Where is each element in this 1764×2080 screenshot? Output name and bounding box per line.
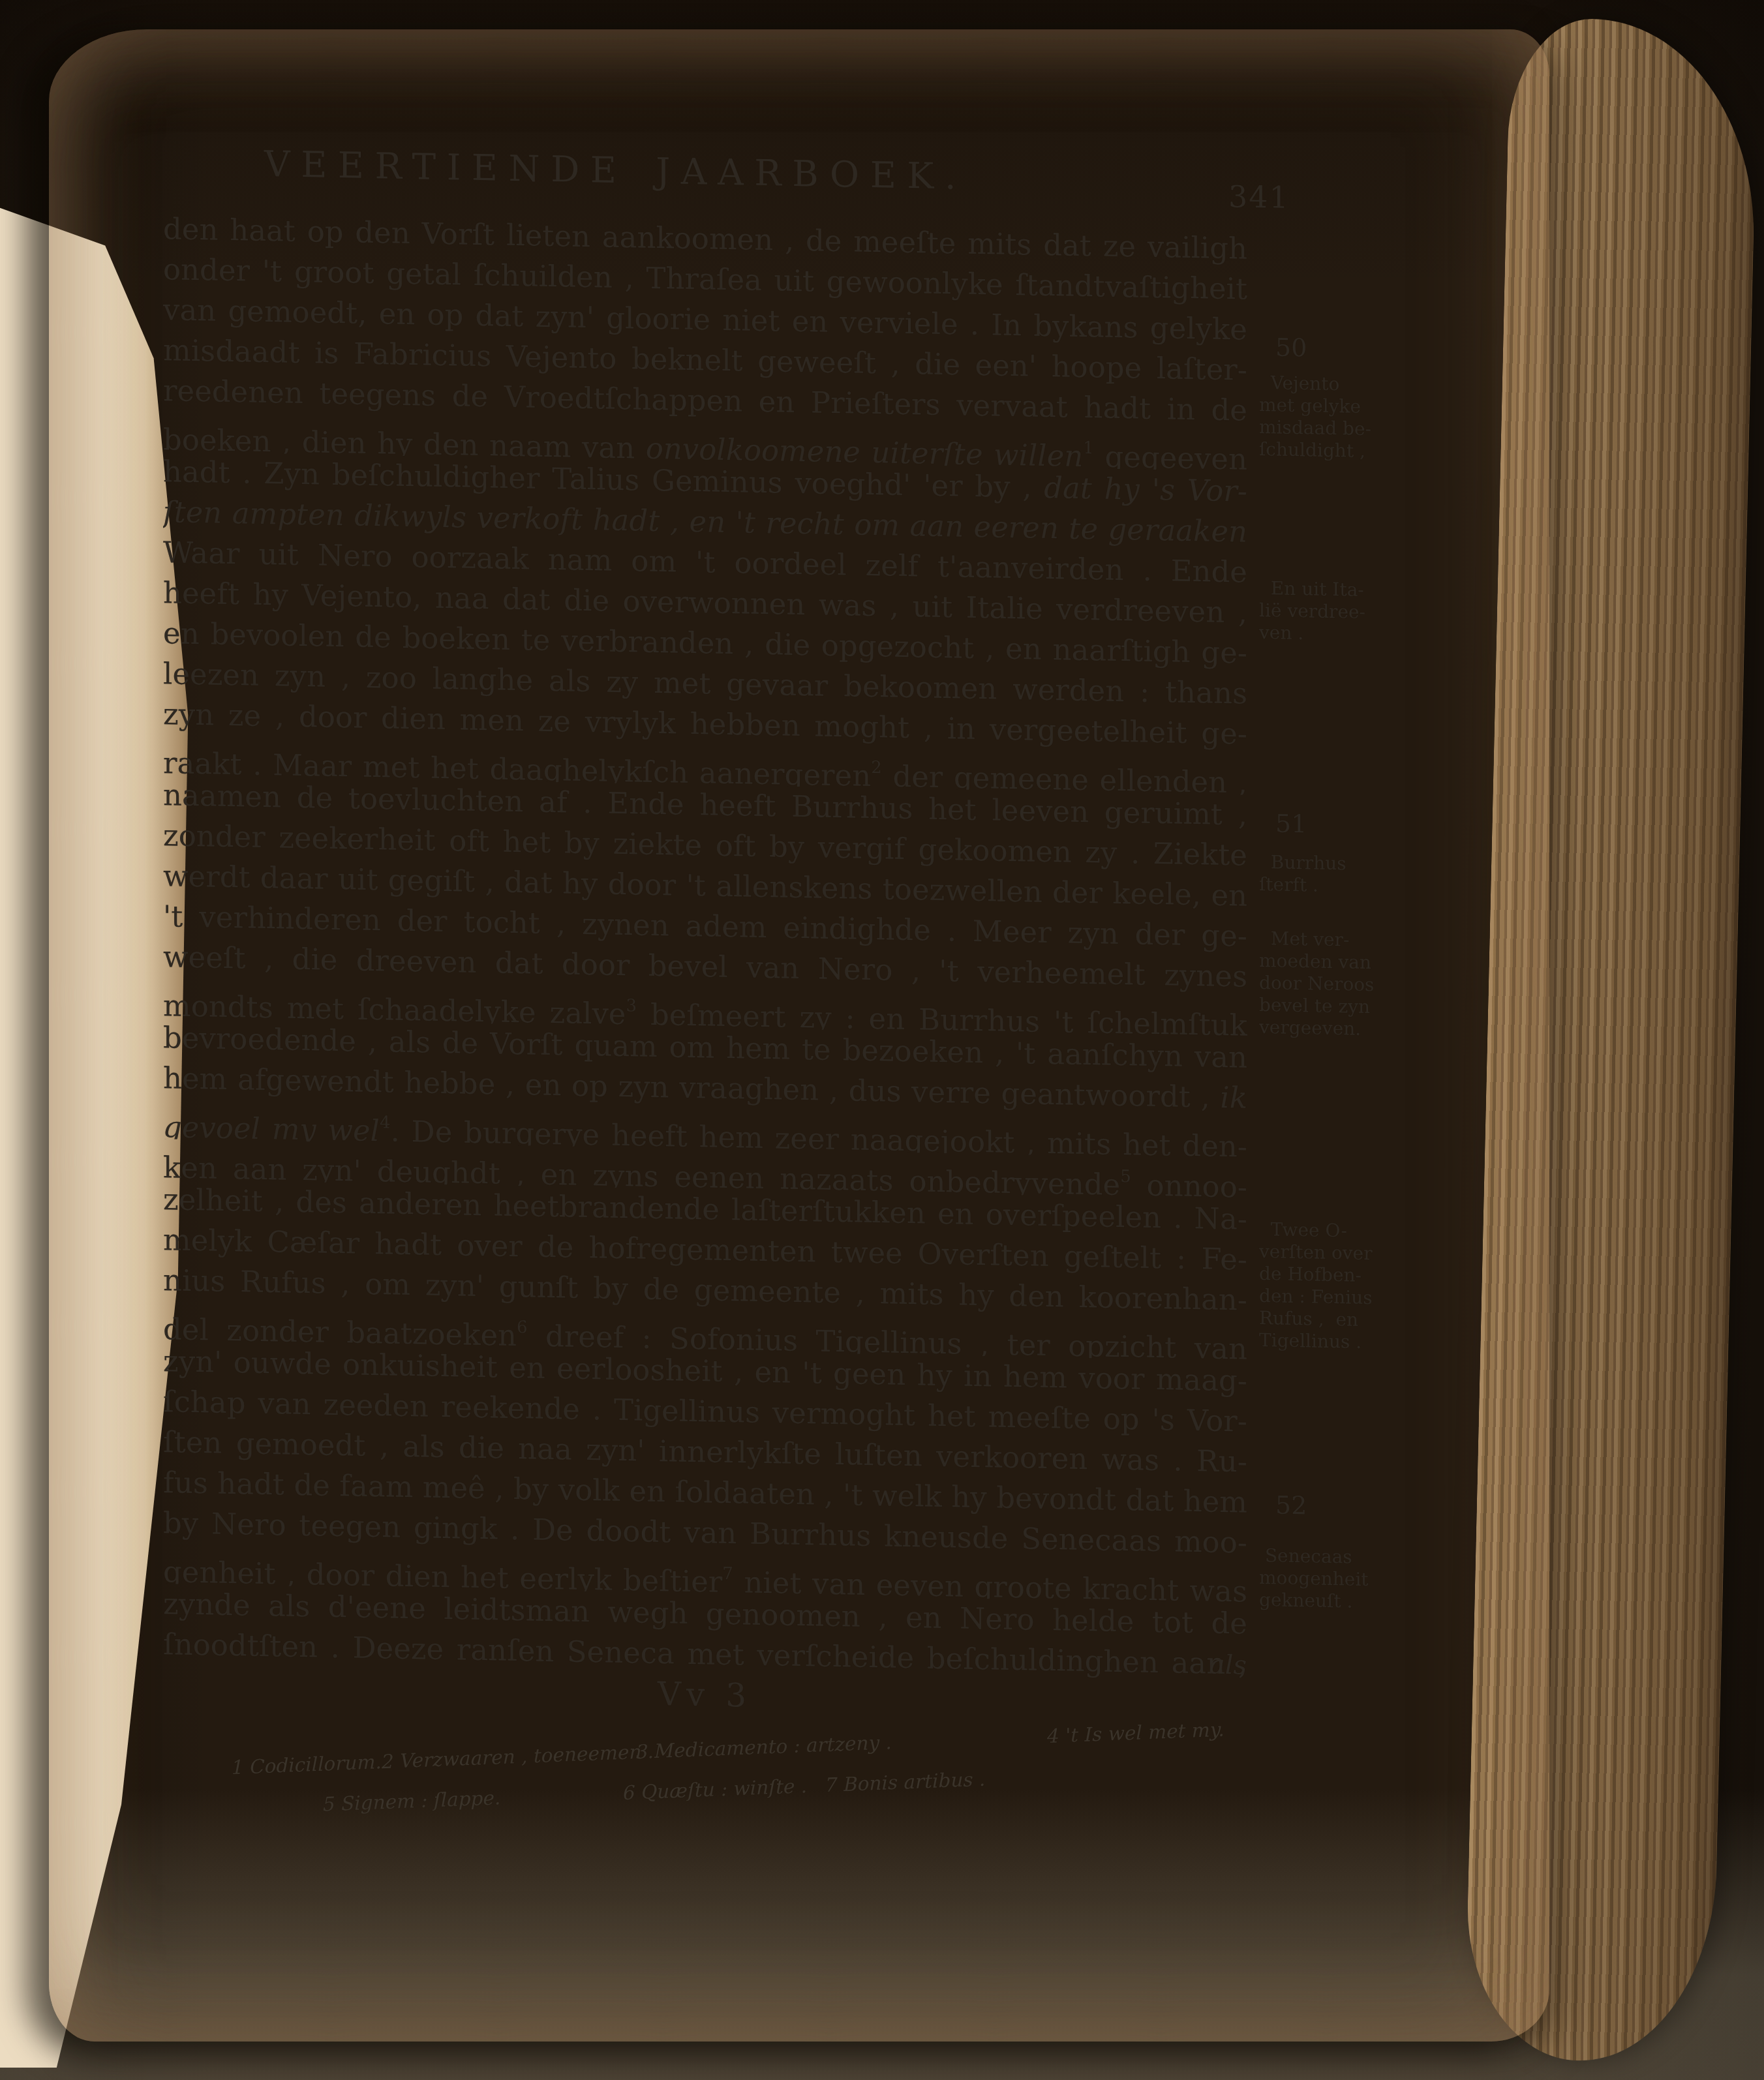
margin-section-number-52: 52: [1275, 1490, 1307, 1520]
footnote-7: 7 Bonis artibus .: [825, 1768, 985, 1796]
margin-note-vejento: Vejento met gelyke misdaad be- ſchuldigh…: [1259, 372, 1445, 464]
book-page: VEERTIENDE JAARBOEK. 341 den haat op den…: [49, 29, 1549, 2042]
margin-note-burrhus: Burrhus ſterft .: [1259, 851, 1445, 899]
margin-section-number-51: 51: [1275, 809, 1307, 838]
margin-section-number-50: 50: [1275, 333, 1307, 362]
margin-note-senecaas: Senecaas moogenheit gekneuſt .: [1259, 1545, 1445, 1614]
footnote-6: 6 Quæſtu : winſte .: [623, 1775, 807, 1804]
page-number: 341: [1228, 179, 1290, 215]
footnote-5: 5 Signem : ſlappe.: [323, 1786, 500, 1815]
margin-note-vermoeden: Met ver- moeden van door Neroos bevel te…: [1259, 927, 1445, 1042]
catchword: als: [1080, 1648, 1247, 1681]
margin-note-oversten: Twee O- verſten over de Hofben- den : Fe…: [1259, 1218, 1445, 1355]
running-title: VEERTIENDE JAARBOEK.: [264, 143, 1230, 202]
margin-note-italie: En uit Ita- lië verdree- ven .: [1259, 577, 1445, 647]
body-lines: den haat op den Vorſt lieten aankoomen ,…: [163, 209, 1247, 1684]
